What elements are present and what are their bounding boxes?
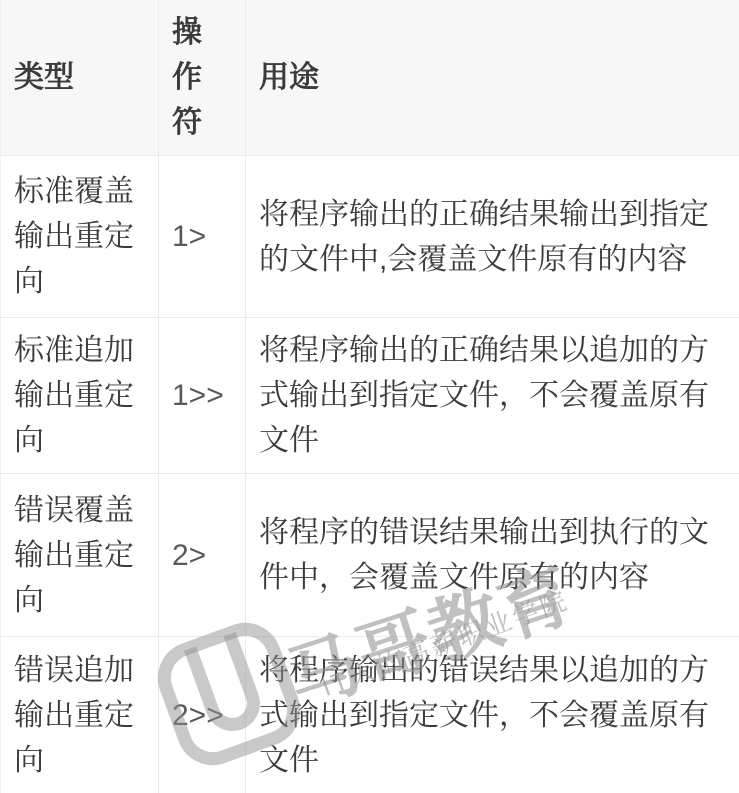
table-row: 错误覆盖输出重定向 2> 将程序的错误结果输出到执行的文件中，会覆盖文件原有的内… [1, 474, 739, 637]
header-row: 类型 操作符 用途 [1, 0, 739, 156]
cell-usage: 将程序的错误结果输出到执行的文件中，会覆盖文件原有的内容 [246, 474, 739, 637]
cell-operator: 1> [159, 156, 246, 318]
table-row: 标准追加输出重定向 1>> 将程序输出的正确结果以追加的方式输出到指定文件，不会… [1, 318, 739, 474]
header-operator-label: 操作符 [172, 10, 206, 145]
header-type-label: 类型 [14, 55, 145, 100]
cell-operator: 1>> [159, 318, 246, 474]
header-usage-label: 用途 [259, 55, 726, 100]
cell-type: 标准覆盖输出重定向 [1, 156, 159, 318]
cell-operator: 2>> [159, 637, 246, 793]
cell-usage: 将程序输出的正确结果输出到指定的文件中,会覆盖文件原有的内容 [246, 156, 739, 318]
table-row: 标准覆盖输出重定向 1> 将程序输出的正确结果输出到指定的文件中,会覆盖文件原有… [1, 156, 739, 318]
cell-operator: 2> [159, 474, 246, 637]
cell-type: 错误追加输出重定向 [1, 637, 159, 793]
redirect-operators-table: 类型 操作符 用途 标准覆盖输出重定向 1> 将程序输出的正确结果输出到指定的文… [0, 0, 739, 793]
cell-usage: 将程序输出的错误结果以追加的方式输出到指定文件，不会覆盖原有文件 [246, 637, 739, 793]
cell-type: 错误覆盖输出重定向 [1, 474, 159, 637]
cell-type: 标准追加输出重定向 [1, 318, 159, 474]
page: 类型 操作符 用途 标准覆盖输出重定向 1> 将程序输出的正确结果输出到指定的文… [0, 0, 739, 793]
cell-usage: 将程序输出的正确结果以追加的方式输出到指定文件，不会覆盖原有文件 [246, 318, 739, 474]
table-row: 错误追加输出重定向 2>> 将程序输出的错误结果以追加的方式输出到指定文件，不会… [1, 637, 739, 793]
header-cell-operator: 操作符 [159, 0, 246, 156]
header-cell-type: 类型 [1, 0, 159, 156]
header-cell-usage: 用途 [246, 0, 739, 156]
